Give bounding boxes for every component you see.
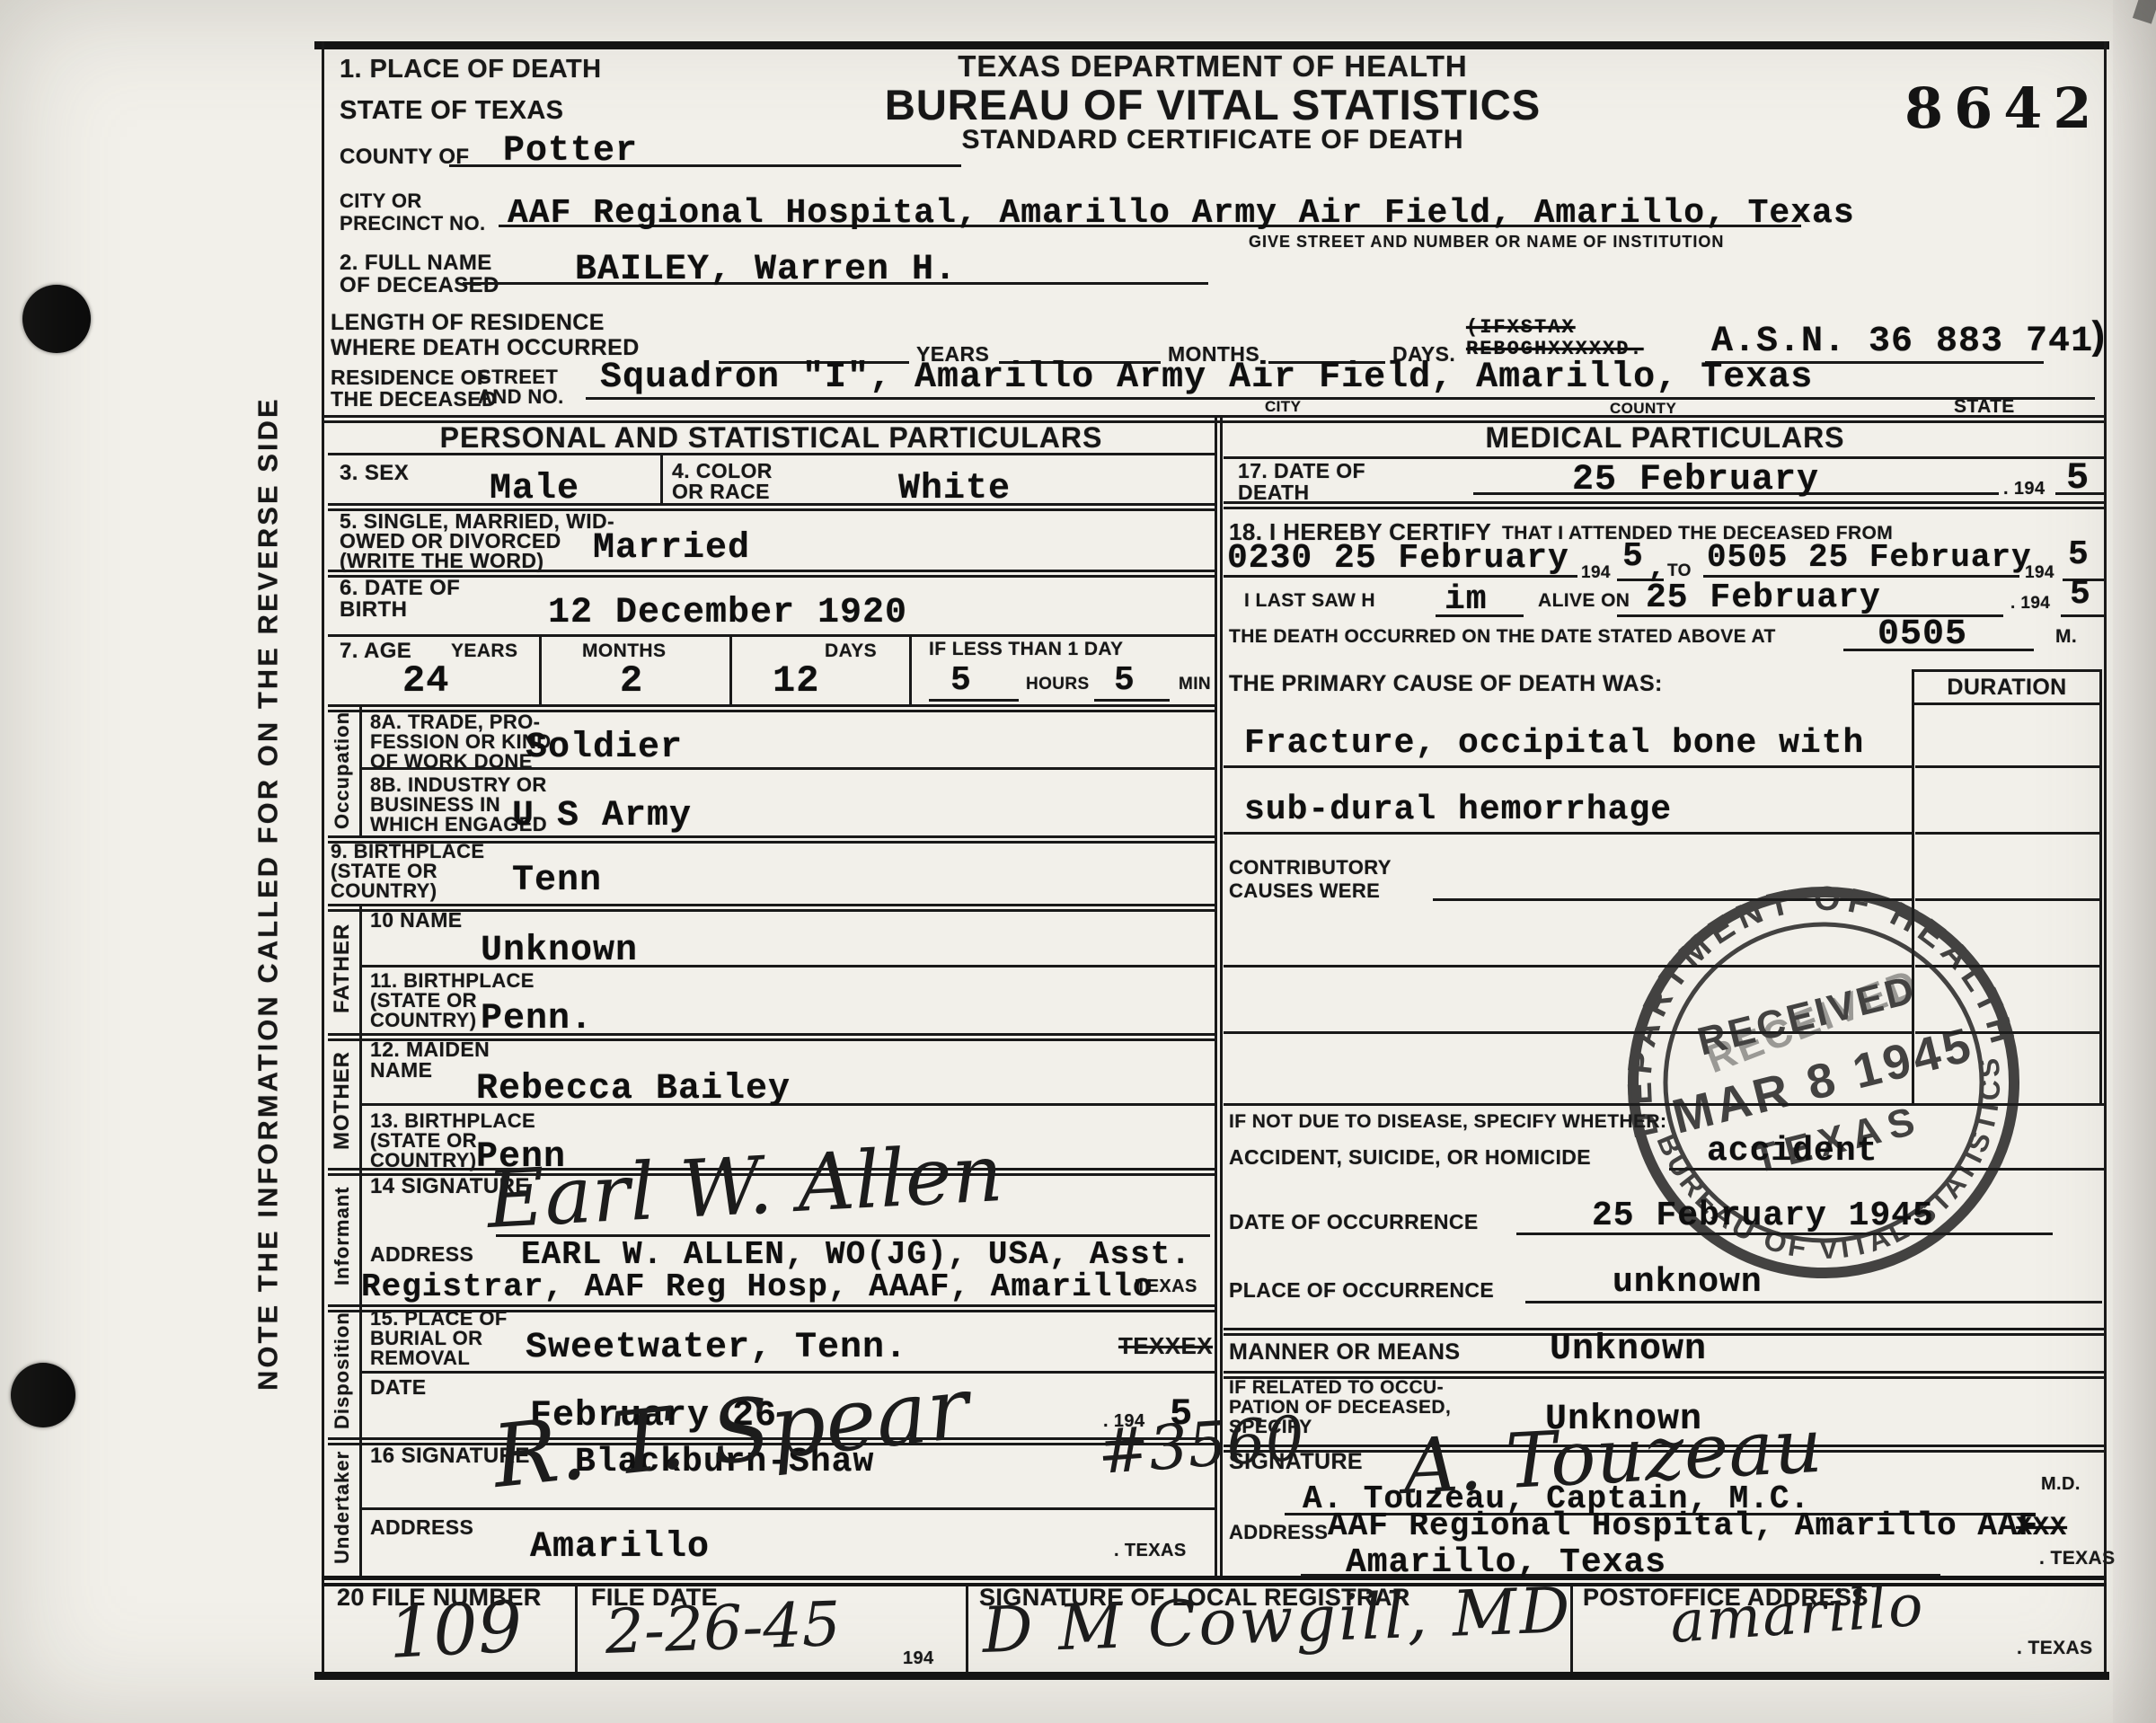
struck-preprint-1: (IFXSTAX xyxy=(1466,316,1576,339)
rule xyxy=(539,634,542,704)
father-name-value: Unknown xyxy=(481,931,638,971)
maiden-value: Rebecca Bailey xyxy=(476,1069,791,1109)
rule xyxy=(1224,832,1912,835)
occupation-side-label: Occupation xyxy=(325,706,359,834)
street-label-2: AND NO. xyxy=(478,386,564,408)
burial-date-label: DATE xyxy=(370,1376,427,1399)
asn-value: A.S.N. 36 883 741 xyxy=(1711,322,2093,362)
to-year-value: 5 xyxy=(2068,535,2090,574)
undertaker-side-label: Undertaker xyxy=(325,1439,359,1576)
hours-value: 5 xyxy=(950,661,972,700)
birthplace-label-3: COUNTRY) xyxy=(331,880,437,902)
accident-value: accident xyxy=(1707,1132,1878,1171)
right-column-title: MEDICAL PARTICULARS xyxy=(1224,422,2107,454)
rule xyxy=(1215,415,1223,1576)
last-saw-label-1: I LAST SAW H xyxy=(1244,591,1375,612)
city-label-1: CITY OR xyxy=(340,190,422,212)
father-name-label: 10 NAME xyxy=(370,909,463,932)
accident-suicide-label: ACCIDENT, SUICIDE, OR HOMICIDE xyxy=(1229,1146,1591,1169)
undertaker-address-label: ADDRESS xyxy=(370,1516,473,1539)
rule xyxy=(660,455,663,503)
father-birthplace-value: Penn. xyxy=(481,999,593,1039)
informant-side-label: Informant xyxy=(325,1170,359,1303)
rule xyxy=(359,904,362,1033)
punch-hole-top xyxy=(22,285,91,353)
min-label: MIN xyxy=(1179,676,1211,694)
physician-address-1: AAF Regional Hospital, Amarillo AAF xyxy=(1328,1507,2038,1544)
rule xyxy=(359,1033,362,1168)
burial-place-value: Sweetwater, Tenn. xyxy=(526,1328,907,1368)
rule xyxy=(1915,832,2099,835)
manner-means-value: Unknown xyxy=(1550,1330,1707,1370)
rule xyxy=(1224,456,2107,459)
place-of-death-label: 1. PLACE OF DEATH xyxy=(340,56,601,84)
death-year-value: 5 xyxy=(2066,456,2090,499)
place-occurrence-value: unknown xyxy=(1613,1263,1763,1302)
place-occurrence-label: PLACE OF OCCURRENCE xyxy=(1229,1279,1494,1302)
fullname-label-2: OF DECEASED xyxy=(340,274,499,297)
color-value: White xyxy=(898,469,1011,509)
rule xyxy=(2104,41,2107,1678)
rule xyxy=(1912,702,2102,705)
age-years-value: 24 xyxy=(402,659,449,702)
date-of-death-value: 25 February xyxy=(1572,460,1819,500)
father-side-label: FATHER xyxy=(325,906,359,1031)
city-sub-label: CITY xyxy=(1265,399,1301,415)
fullname-value: BAILEY, Warren H. xyxy=(575,250,957,290)
last-saw-label-2: ALIVE ON xyxy=(1538,591,1630,612)
rule xyxy=(328,453,1215,455)
rule xyxy=(314,41,2109,49)
rule xyxy=(2061,614,2107,617)
age-days-label: DAYS xyxy=(825,641,877,662)
ifless-label: IF LESS THAN 1 DAY xyxy=(929,640,1123,660)
county-value: Potter xyxy=(503,131,638,172)
cause-line-1: Fracture, occipital bone with xyxy=(1244,724,1864,763)
rule xyxy=(359,1437,362,1576)
residence-length-label-1: LENGTH OF RESIDENCE xyxy=(331,311,605,335)
punch-hole-bottom xyxy=(11,1363,75,1427)
rule xyxy=(328,704,1215,712)
maiden-label-2: NAME xyxy=(370,1059,432,1082)
residence-value: Squadron "I", Amarillo Army Air Field, A… xyxy=(600,358,1813,398)
color-label-2: OR RACE xyxy=(672,481,770,503)
md-label: M.D. xyxy=(2041,1475,2081,1495)
rule xyxy=(1912,669,2102,672)
hours-label: HOURS xyxy=(1026,676,1090,694)
city-value: AAF Regional Hospital, Amarillo Army Air… xyxy=(508,194,1855,233)
date-occurrence-label: DATE OF OCCURRENCE xyxy=(1229,1211,1479,1233)
age-months-value: 2 xyxy=(620,659,643,702)
disposition-side-label: Disposition xyxy=(325,1306,359,1436)
rule xyxy=(328,904,1215,912)
informant-address-2: Registrar, AAF Reg Hosp, AAAF, Amarillo xyxy=(361,1268,1153,1305)
dob-value: 12 December 1920 xyxy=(548,593,907,633)
industry-value: U S Army xyxy=(512,796,692,836)
rule xyxy=(1224,1371,2107,1379)
rule xyxy=(1224,765,1912,768)
informant-address-label: ADDRESS xyxy=(370,1243,473,1266)
burial-label-3: REMOVAL xyxy=(370,1347,470,1369)
file-number-value: 109 xyxy=(386,1586,524,1674)
min-value: 5 xyxy=(1114,661,1135,700)
duration-header: DURATION xyxy=(1912,676,2102,700)
rule xyxy=(328,634,1215,637)
postoffice-texas-label: . TEXAS xyxy=(2017,1639,2092,1659)
rule xyxy=(359,704,362,835)
death-194-preprint: . 194 xyxy=(2003,480,2045,499)
standard-title: STANDARD CERTIFICATE OF DEATH xyxy=(629,126,1797,155)
scanner-edge xyxy=(2113,0,2156,1723)
related-label-1: IF RELATED TO OCCU- xyxy=(1229,1378,1444,1399)
attended-to-value: 0505 25 February xyxy=(1707,539,2032,576)
city-label-2: PRECINCT NO. xyxy=(340,213,485,234)
contributory-label-1: CONTRIBUTORY xyxy=(1229,857,1392,879)
asn-paren: ) xyxy=(2086,316,2110,361)
rule xyxy=(1915,765,2099,768)
file-date-value: 2-26-45 xyxy=(604,1589,842,1668)
rule xyxy=(359,1507,1215,1510)
undertaker-number: #3560 xyxy=(1095,1403,1306,1489)
dob-label-2: BIRTH xyxy=(340,598,407,622)
rule xyxy=(1224,501,2107,509)
age-label: 7. AGE xyxy=(340,640,411,663)
marital-value: Married xyxy=(593,528,750,569)
burial-struck-texas: TEXXEX xyxy=(1118,1333,1213,1358)
rule xyxy=(2099,669,2102,1103)
date-of-death-label-1: 17. DATE OF xyxy=(1238,460,1365,482)
last-saw-year: 5 xyxy=(2070,575,2091,614)
informant-address-1: EARL W. ALLEN, WO(JG), USA, Asst. xyxy=(521,1236,1191,1273)
give-street-caption: GIVE STREET AND NUMBER OR NAME OF INSTIT… xyxy=(1249,234,1724,251)
physician-address-struck: XXX xyxy=(2016,1513,2067,1543)
physician-address-label: ADDRESS xyxy=(1229,1522,1328,1543)
rule xyxy=(314,1672,2109,1680)
last-saw-date: 25 February xyxy=(1646,579,1881,617)
m-label: M. xyxy=(2055,627,2077,648)
rule xyxy=(929,699,1019,702)
age-years-label: YEARS xyxy=(451,641,517,662)
margin-note: NOTE THE INFORMATION CALLED FOR ON THE R… xyxy=(248,386,287,1401)
mother-side-label: MOTHER xyxy=(325,1035,359,1166)
age-days-value: 12 xyxy=(773,659,819,702)
rule xyxy=(322,41,324,1678)
cause-line-2: sub-dural hemorrhage xyxy=(1244,791,1672,829)
residence-of-label-2: THE DECEASED xyxy=(331,388,497,411)
date-occurrence-value: 25 February 1945 xyxy=(1592,1197,1934,1235)
rule xyxy=(328,1033,1215,1041)
trade-value: Soldier xyxy=(526,728,683,768)
rule xyxy=(729,634,732,704)
rule xyxy=(328,835,1215,844)
file-date-194-preprint: 194 xyxy=(903,1649,934,1669)
dept-title: TEXAS DEPARTMENT OF HEALTH xyxy=(629,50,1797,83)
from-year-value: 5 xyxy=(1622,537,1644,576)
primary-cause-label: THE PRIMARY CAUSE OF DEATH WAS: xyxy=(1229,672,1663,696)
rule xyxy=(909,634,912,704)
attended-from-value: 0230 25 February xyxy=(1227,539,1569,578)
death-certificate-scan: NOTE THE INFORMATION CALLED FOR ON THE R… xyxy=(0,0,2156,1723)
rule xyxy=(359,1371,1215,1374)
death-time-value: 0505 xyxy=(1878,614,1967,655)
manner-means-label: MANNER OR MEANS xyxy=(1229,1340,1460,1365)
residence-of-label-1: RESIDENCE OF xyxy=(331,367,490,389)
undertaker-address-value: Amarillo xyxy=(530,1527,710,1568)
contributory-label-2: CAUSES WERE xyxy=(1229,880,1380,902)
undertaker-signature: R. T. Spear xyxy=(488,1357,973,1507)
rule xyxy=(966,1585,968,1672)
left-column-title: PERSONAL AND STATISTICAL PARTICULARS xyxy=(328,422,1215,454)
if-not-disease-label: IF NOT DUE TO DISEASE, SPECIFY WHETHER: xyxy=(1229,1112,1666,1133)
sex-label: 3. SEX xyxy=(340,462,409,485)
residence-length-label-2: WHERE DEATH OCCURRED xyxy=(331,336,640,360)
rule xyxy=(328,570,1215,578)
bureau-title: BUREAU OF VITAL STATISTICS xyxy=(629,83,1797,128)
rule xyxy=(359,1304,362,1437)
rule xyxy=(328,1304,1215,1312)
death-occurred-label: THE DEATH OCCURRED ON THE DATE STATED AB… xyxy=(1229,627,1776,648)
last-saw-194: . 194 xyxy=(2010,595,2050,614)
from-194-preprint: 194 xyxy=(1581,564,1611,583)
last-saw-im: im xyxy=(1445,580,1488,619)
rule xyxy=(575,1585,578,1672)
fullname-label-1: 2. FULL NAME xyxy=(340,252,492,275)
birthplace-value: Tenn xyxy=(512,861,602,901)
sex-value: Male xyxy=(490,469,579,509)
father-birthplace-label-3: COUNTRY) xyxy=(370,1010,477,1031)
undertaker-texas-label: . TEXAS xyxy=(1114,1542,1187,1561)
rule xyxy=(359,767,1215,770)
state-of-texas-label: STATE OF TEXAS xyxy=(340,97,563,125)
rule xyxy=(328,503,1215,511)
certificate-number: 8642 xyxy=(1904,75,2103,141)
